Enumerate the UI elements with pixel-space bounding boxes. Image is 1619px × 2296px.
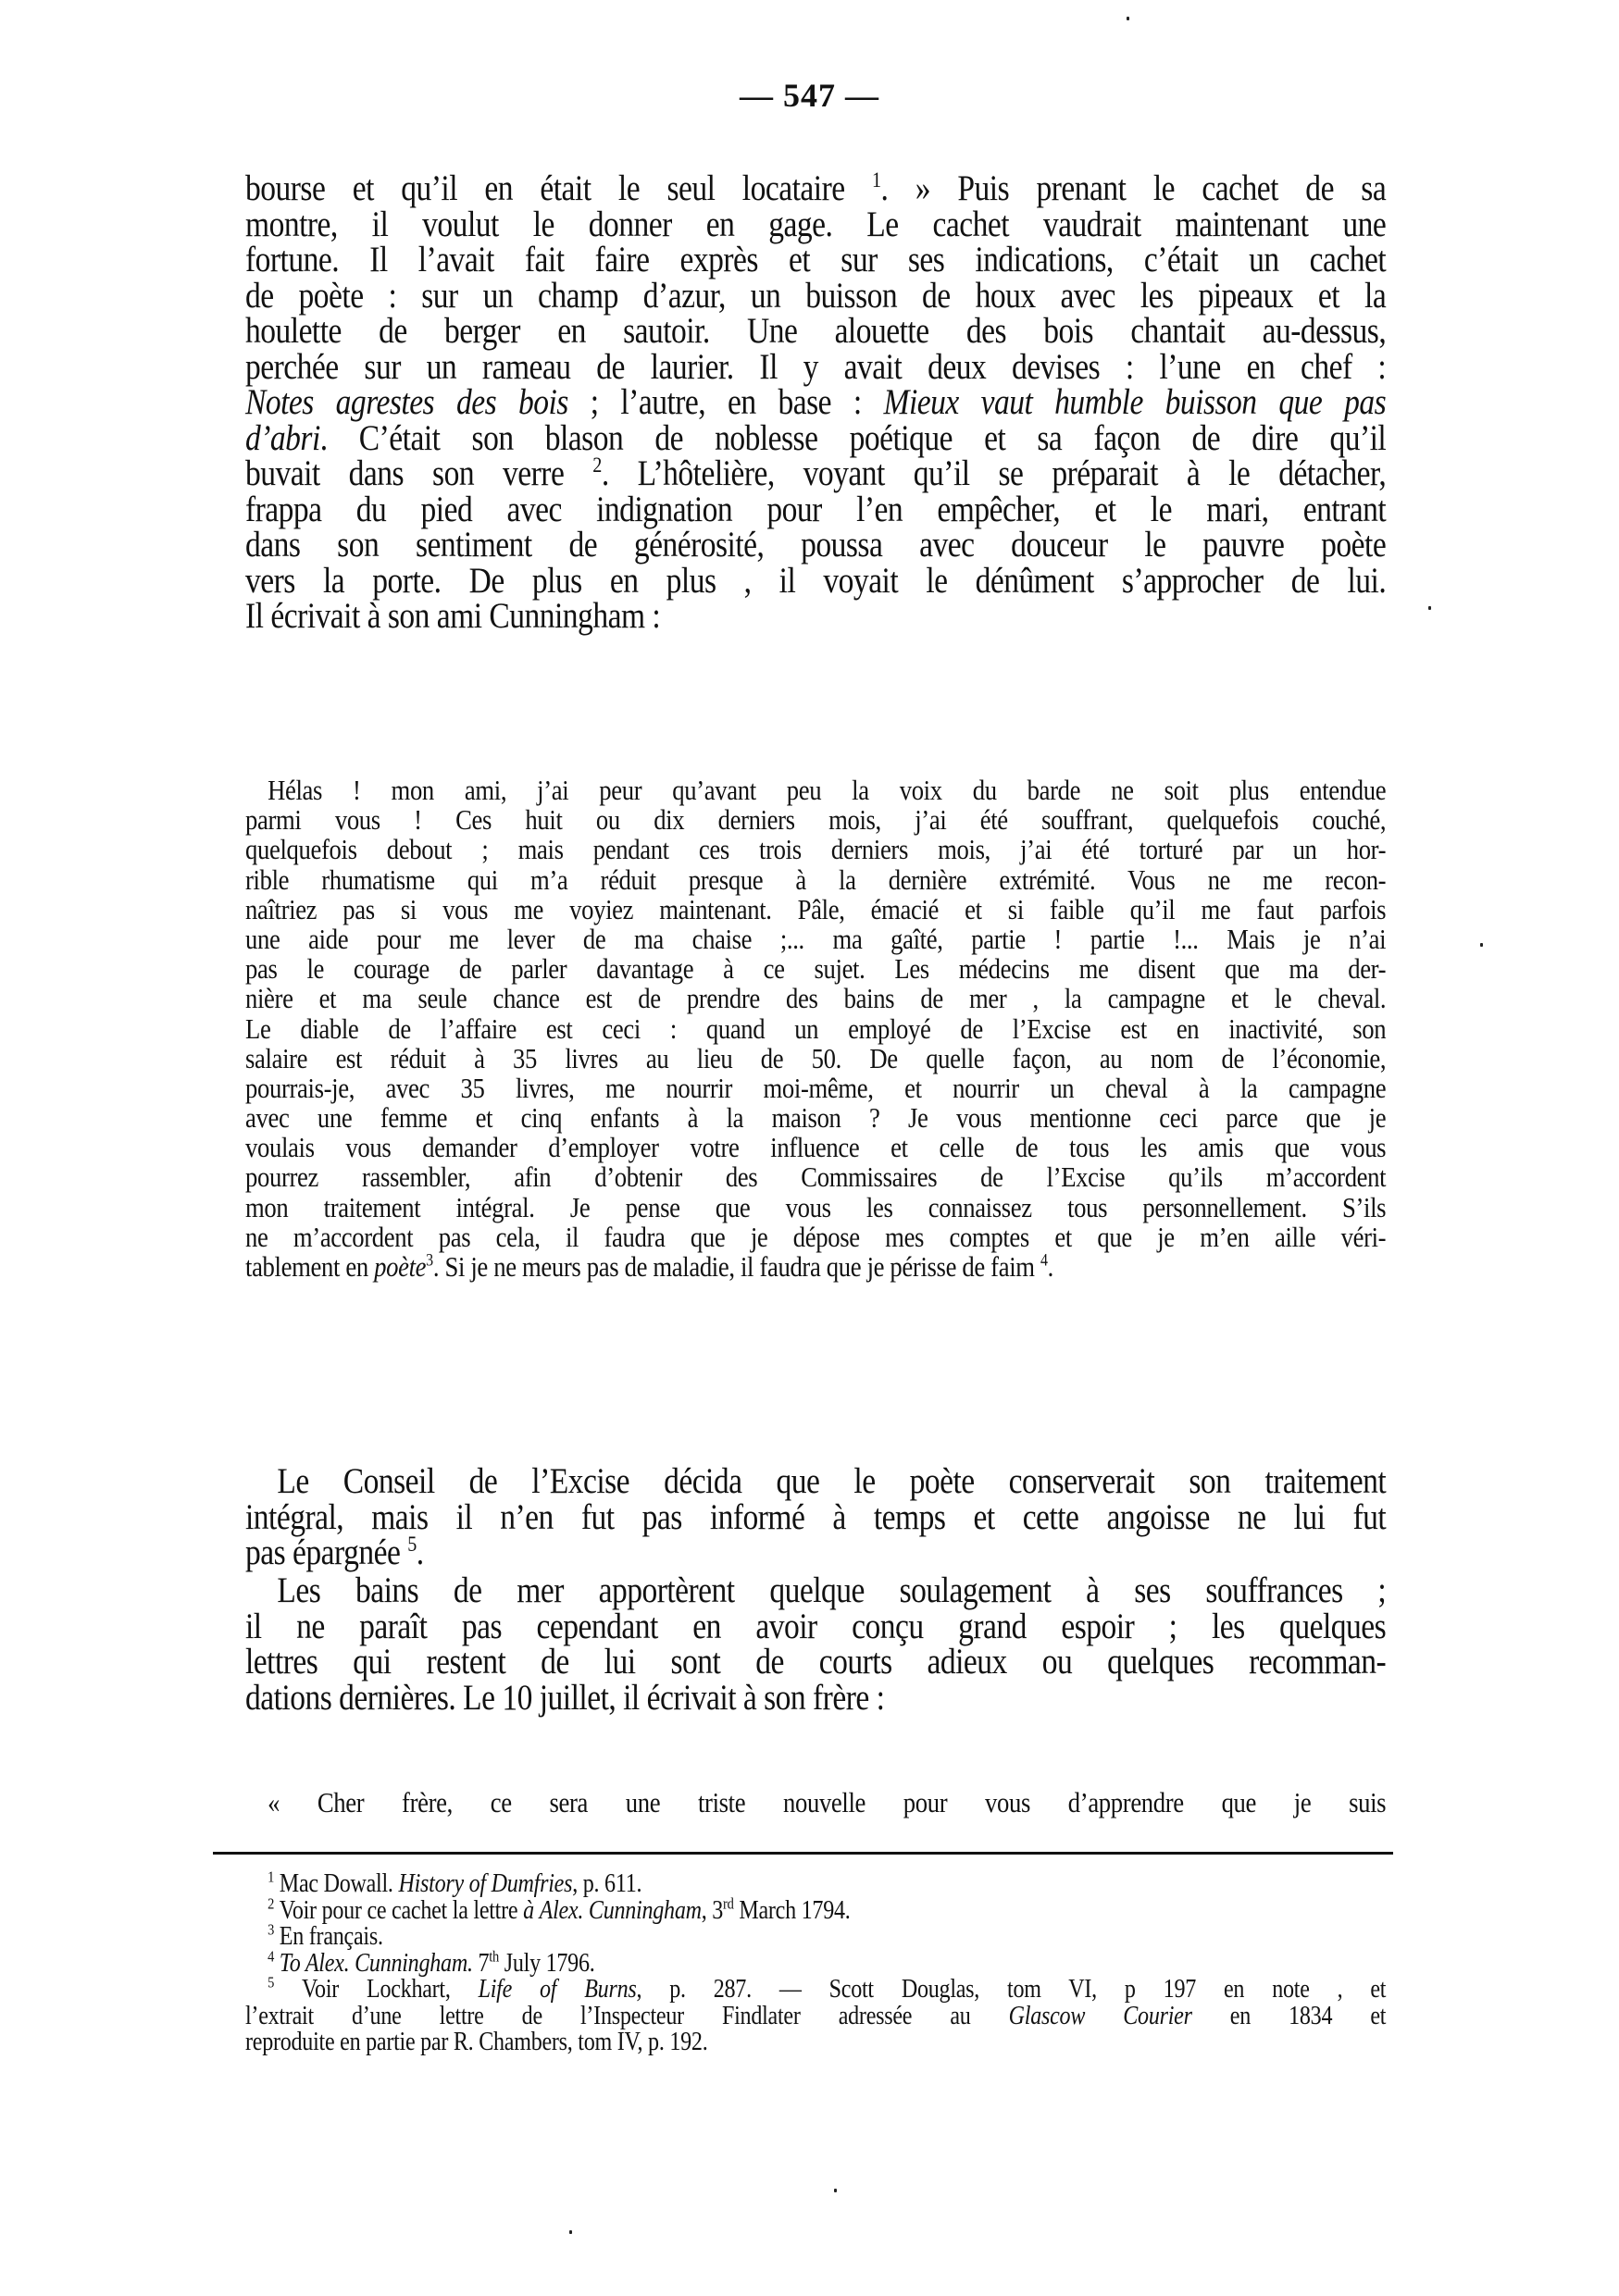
text-line: de poète : sur un champ d’azur, un buiss…	[245, 279, 1386, 315]
text-line: Il écrivait à son ami Cunningham :	[245, 599, 1386, 635]
motto-chef: Notes agrestes des bois	[245, 382, 568, 422]
footnote-divider	[213, 1852, 1393, 1855]
quote-line: avec une femme et cinq enfants à la mais…	[245, 1103, 1386, 1133]
text-line: dans son sentiment de générosité, poussa…	[245, 527, 1386, 564]
footnote-ref: 3	[426, 1251, 433, 1271]
text-line: Les bains de mer apportèrent quelque sou…	[245, 1573, 1386, 1609]
motto-base: Mieux vaut humble buisson que pas	[884, 382, 1387, 422]
text-line: lettres qui restent de lui sont de court…	[245, 1644, 1386, 1681]
text-line: frappa du pied avec indignation pour l’e…	[245, 492, 1386, 528]
footnote-2: 2 Voir pour ce cachet la lettre à Alex. …	[245, 1898, 1386, 1925]
footnote-ref: 4	[1040, 1251, 1048, 1271]
page-number: — 547 —	[0, 76, 1619, 115]
footnote-5-cont: l’extrait d’une lettre de l’Inspecteur F…	[245, 2004, 1386, 2030]
text-line: Le Conseil de l’Excise décida que le poè…	[245, 1464, 1386, 1500]
quote-line: naîtriez pas si vous me voyiez maintenan…	[245, 895, 1386, 925]
text-line: vers la porte. De plus en plus , il voya…	[245, 564, 1386, 600]
text-line: montre, il voulut le donner en gage. Le …	[245, 207, 1386, 243]
footnotes: 1 Mac Dowall. History of Dumfries, p. 61…	[245, 1871, 1386, 2056]
quote-line: nière et ma seule chance est de prendre …	[245, 984, 1386, 1013]
footnote-ref: 2	[592, 453, 602, 478]
text-line: Notes agrestes des bois ; l’autre, en ba…	[245, 385, 1386, 421]
quote-line: pourrais-je, avec 35 livres, me nourrir …	[245, 1074, 1386, 1103]
quote-line: Le diable de l’affaire est ceci : quand …	[245, 1014, 1386, 1044]
scan-speck	[1127, 17, 1129, 20]
quote-line: mon traitement intégral. Je pense que vo…	[245, 1193, 1386, 1222]
paragraph-3: Les bains de mer apportèrent quelque sou…	[245, 1573, 1386, 1716]
text-line: pas épargnée 5.	[245, 1535, 1386, 1571]
text-line: il ne paraît pas cependant en avoir conç…	[245, 1609, 1386, 1645]
paragraph-1: bourse et qu’il en était le seul locatai…	[245, 171, 1386, 635]
quote-line: ne m’accordent pas cela, il faudra que j…	[245, 1222, 1386, 1252]
scan-speck	[834, 2189, 837, 2192]
text-line: houlette de berger en sautoir. Une aloue…	[245, 314, 1386, 350]
quote-line: parmi vous ! Ces huit ou dix derniers mo…	[245, 805, 1386, 835]
footnote-3: 3 En français.	[245, 1924, 1386, 1951]
footnote-4: 4 To Alex. Cunningham. 7th July 1796.	[245, 1951, 1386, 1978]
paragraph-2: Le Conseil de l’Excise décida que le poè…	[245, 1464, 1386, 1571]
quote-line: « Cher frère, ce sera une triste nouvell…	[245, 1788, 1386, 1818]
quote-line: pas le courage de parler davantage à ce …	[245, 954, 1386, 984]
block-quote-letter: Hélas ! mon ami, j’ai peur qu’avant peu …	[245, 776, 1386, 1282]
text-line: d’abri. C’était son blason de noblesse p…	[245, 421, 1386, 457]
text-line: buvait dans son verre 2. L’hôtelière, vo…	[245, 456, 1386, 492]
scan-speck	[1480, 943, 1483, 947]
text-line: perchée sur un rameau de laurier. Il y a…	[245, 350, 1386, 386]
quote-line: quelquefois debout ; mais pendant ces tr…	[245, 835, 1386, 864]
footnote-5: 5 Voir Lockhart, Life of Burns, p. 287. …	[245, 1977, 1386, 2004]
quote-line: rible rhumatisme qui m’a réduit presque …	[245, 865, 1386, 895]
footnote-1: 1 Mac Dowall. History of Dumfries, p. 61…	[245, 1871, 1386, 1898]
quote-line: Hélas ! mon ami, j’ai peur qu’avant peu …	[245, 776, 1386, 805]
scan-speck	[1428, 606, 1431, 610]
quote-line: voulais vous demander d’employer votre i…	[245, 1133, 1386, 1162]
quote-line: pourrez rassembler, afin d’obtenir des C…	[245, 1162, 1386, 1192]
text-line: dations dernières. Le 10 juillet, il écr…	[245, 1681, 1386, 1717]
text-line: fortune. Il l’avait fait faire exprès et…	[245, 242, 1386, 279]
block-quote-brother: « Cher frère, ce sera une triste nouvell…	[245, 1788, 1386, 1818]
text-line: intégral, mais il n’en fut pas informé à…	[245, 1500, 1386, 1536]
scan-speck	[569, 2230, 572, 2234]
footnote-ref: 1	[872, 168, 881, 192]
footnote-5-cont: reproduite en partie par R. Chambers, to…	[245, 2029, 1386, 2056]
quote-line: salaire est réduit à 35 livres au lieu d…	[245, 1044, 1386, 1074]
quote-line: tablement en poète3. Si je ne meurs pas …	[245, 1252, 1386, 1282]
footnote-ref: 5	[407, 1533, 417, 1557]
text-line: bourse et qu’il en était le seul locatai…	[245, 171, 1386, 207]
quote-line: une aide pour me lever de ma chaise ;...…	[245, 925, 1386, 954]
